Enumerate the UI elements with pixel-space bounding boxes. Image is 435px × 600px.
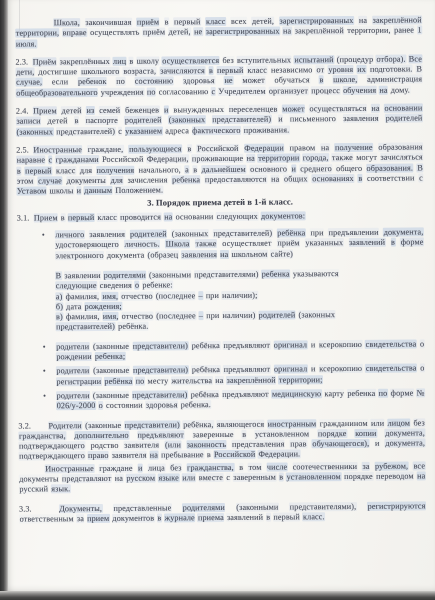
detail-line-text: представителей) ребёнка. (56, 322, 149, 332)
list-item: родители (законные представители) ребёнк… (56, 388, 425, 411)
document-list: родители (законные представители) ребёнк… (18, 339, 426, 412)
list-item-text: родители (законные представители) ребёнк… (56, 388, 425, 410)
paragraph-intro: Школа, закончившая приём в первый класс … (15, 15, 422, 49)
section-number: 2.5. (16, 145, 29, 154)
scanned-document: Школа, закончившая приём в первый класс … (0, 0, 435, 600)
document-page: Школа, закончившая приём в первый класс … (6, 0, 435, 593)
paragraph-3-3: 3.3.Документы, представленные родителями… (19, 501, 426, 525)
paragraph-2-4-text: Прием детей из семей беженцев и вынужден… (16, 103, 423, 136)
list-item: личного заявления родителей (законных пр… (55, 227, 424, 261)
section-heading: 3. Порядок приема детей в 1-й класс. (17, 196, 424, 209)
paragraph-3-3-text: Документы, представленные родителями (за… (19, 501, 426, 523)
section-number: 3.2. (18, 421, 31, 430)
detail-line-text: а) фамилия, имя, отчество (последнее – п… (55, 290, 258, 301)
list-item-text: родители (законные представители) ребёнк… (56, 364, 425, 386)
paragraph-2-3: 2.3.Приём закреплённых лиц в школу осуще… (15, 54, 422, 98)
list-item-text: личного заявления родителей (законных пр… (55, 227, 424, 259)
detail-line-text: следующие сведения о ребенке: (55, 281, 173, 291)
paragraph-3-2-text: Родители (законные представители) ребёнк… (18, 418, 425, 461)
paragraph-2-3-text: Приём закреплённых лиц в школу осуществл… (16, 54, 423, 97)
list-item: родители (законные представители) ребёнк… (56, 339, 425, 362)
detail-line: представителей) ребёнка. (56, 320, 425, 333)
paragraph-3-1: 3.1.Прием в первый класс проводится на о… (17, 210, 424, 223)
document-list: личного заявления родителей (законных пр… (17, 227, 424, 261)
paragraph-intro-text: Школа, закончившая приём в первый класс … (15, 15, 422, 48)
paragraph-2-4: 2.4.Прием детей из семей беженцев и выну… (16, 103, 423, 137)
application-details-block: В заявлении родителями (законными предст… (17, 268, 424, 333)
section-number: 3.3. (19, 504, 32, 513)
paragraph-2-5-text: Иностранные граждане, пользующиеся в Рос… (16, 142, 423, 195)
paragraph-3-2b: Иностранные граждане и лица без гражданс… (19, 461, 426, 495)
scanner-edge-bottom (0, 591, 435, 600)
detail-line-text: В заявлении родителями (законными предст… (55, 269, 339, 280)
list-item: родители (законные представители) ребёнк… (56, 364, 425, 387)
paragraph-2-5: 2.5.Иностранные граждане, пользующиеся в… (16, 142, 423, 197)
section-number: 2.3. (15, 57, 28, 66)
detail-line-text: в) фамилия, имя, отчество (последнее – п… (55, 310, 335, 321)
section-number: 3.1. (17, 213, 30, 222)
document-content: Школа, закончившая приём в первый класс … (6, 0, 435, 525)
detail-line-text: б) дата рождения; (55, 302, 122, 312)
paragraph-3-2: 3.2.Родители (законные представители) ре… (18, 418, 425, 462)
paragraph-3-2b-text: Иностранные граждане и лица без гражданс… (19, 461, 426, 494)
paragraph-3-1-text: Прием в первый класс проводится на основ… (33, 211, 305, 222)
scanner-edge-left (0, 0, 8, 600)
list-item-text: родители (законные представители) ребёнк… (56, 339, 425, 361)
section-number: 2.4. (16, 107, 29, 116)
